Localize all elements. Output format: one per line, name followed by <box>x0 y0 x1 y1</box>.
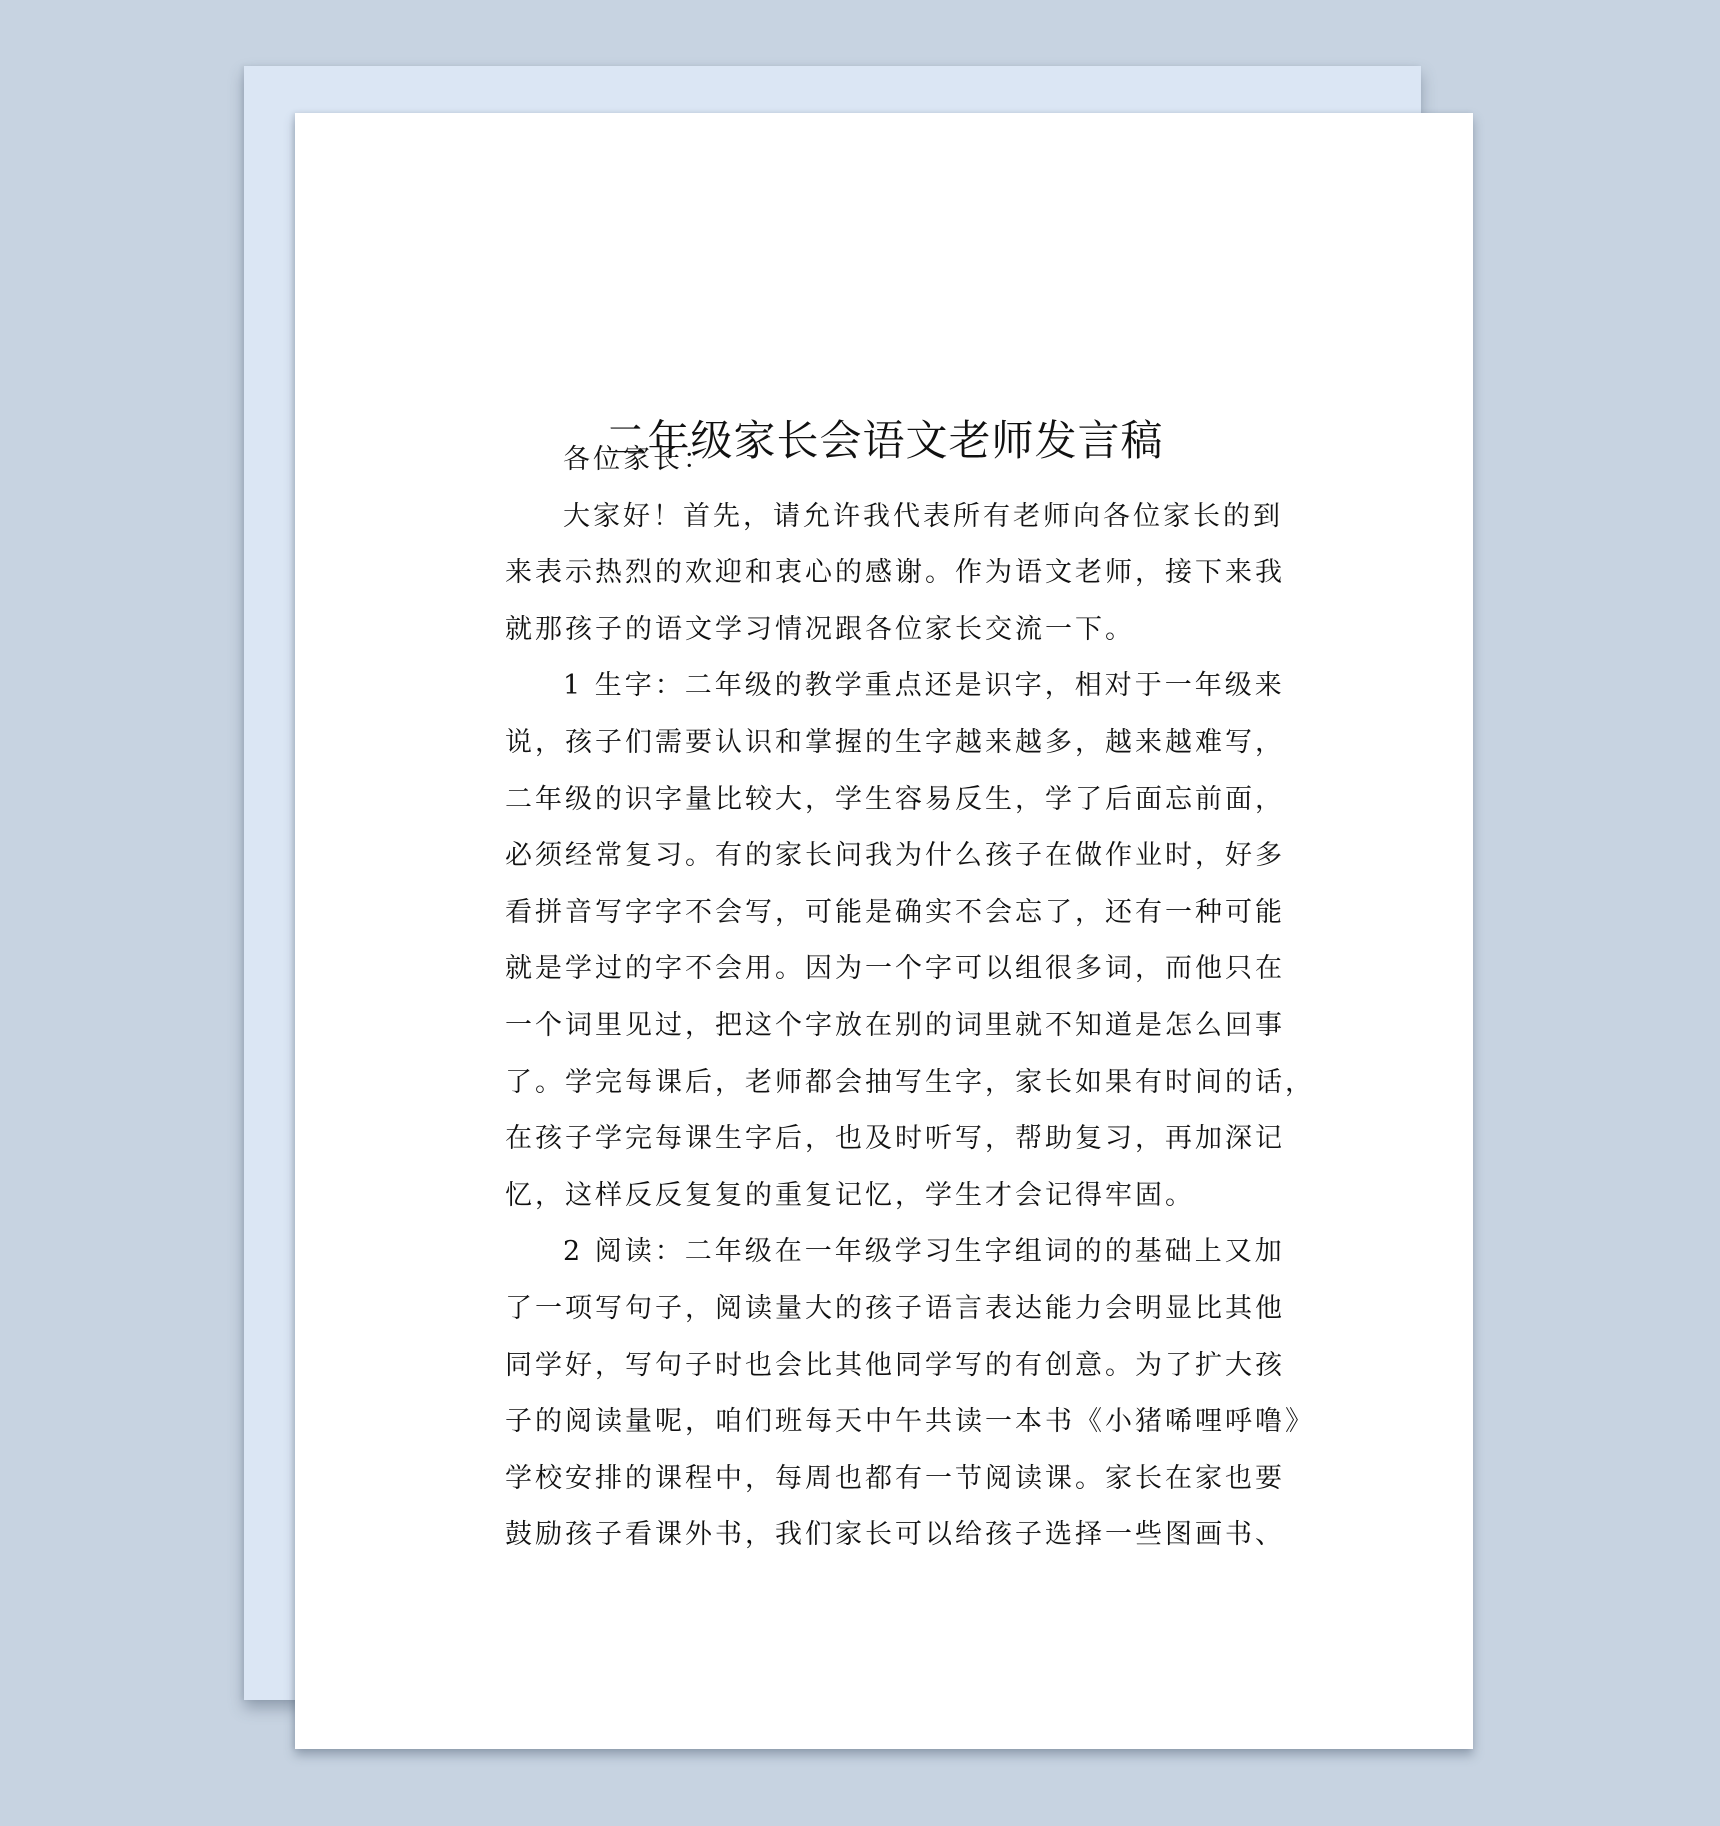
document-line: 了。学完每课后，老师都会抽写生字，家长如果有时间的话， <box>505 1055 1261 1112</box>
document-line: 同学好，写句子时也会比其他同学写的有创意。为了扩大孩 <box>505 1338 1261 1395</box>
document-line: 鼓励孩子看课外书，我们家长可以给孩子选择一些图画书、 <box>505 1507 1261 1564</box>
document-line: 忆，这样反反复复的重复记忆，学生才会记得牢固。 <box>505 1168 1261 1225</box>
document-line: 一个词里见过，把这个字放在别的词里就不知道是怎么回事 <box>505 998 1261 1055</box>
document-line: 必须经常复习。有的家长问我为什么孩子在做作业时，好多 <box>505 828 1261 885</box>
document-line: 来表示热烈的欢迎和衷心的感谢。作为语文老师，接下来我 <box>505 545 1261 602</box>
document-line: 子的阅读量呢，咱们班每天中午共读一本书《小猪唏哩呼噜》 <box>505 1394 1261 1451</box>
document-line: 就是学过的字不会用。因为一个字可以组很多词，而他只在 <box>505 941 1261 998</box>
document-line: 了一项写句子，阅读量大的孩子语言表达能力会明显比其他 <box>505 1281 1261 1338</box>
document-body: 各位家长：大家好！首先，请允许我代表所有老师向各位家长的到来表示热烈的欢迎和衷心… <box>505 432 1261 1564</box>
document-line: 大家好！首先，请允许我代表所有老师向各位家长的到 <box>505 489 1261 546</box>
document-line: 1 生字：二年级的教学重点还是识字，相对于一年级来 <box>505 658 1261 715</box>
document-line: 学校安排的课程中，每周也都有一节阅读课。家长在家也要 <box>505 1451 1261 1508</box>
document-line: 二年级的识字量比较大，学生容易反生，学了后面忘前面， <box>505 772 1261 829</box>
document-line: 就那孩子的语文学习情况跟各位家长交流一下。 <box>505 602 1261 659</box>
document-line: 各位家长： <box>505 432 1261 489</box>
document-line: 看拼音写字字不会写，可能是确实不会忘了，还有一种可能 <box>505 885 1261 942</box>
document-line: 在孩子学完每课生字后，也及时听写，帮助复习，再加深记 <box>505 1111 1261 1168</box>
document-line: 2 阅读：二年级在一年级学习生字组词的的基础上又加 <box>505 1224 1261 1281</box>
document-line: 说，孩子们需要认识和掌握的生字越来越多，越来越难写， <box>505 715 1261 772</box>
